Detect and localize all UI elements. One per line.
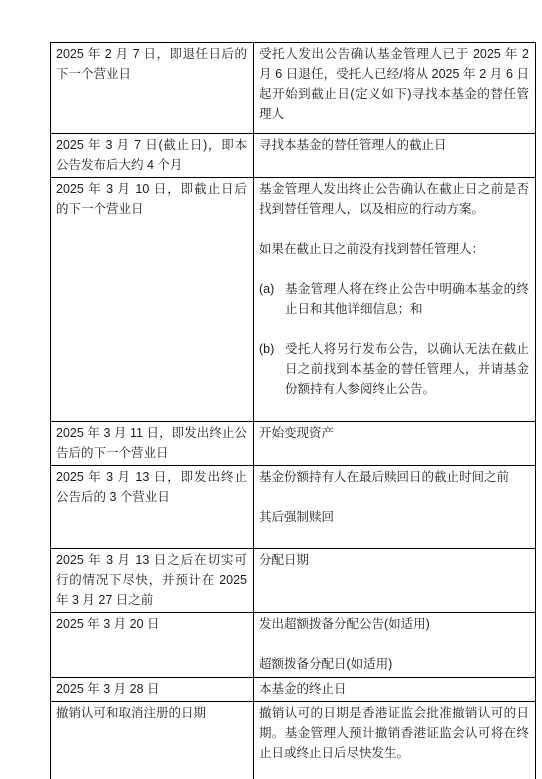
document-page: 2025 年 2 月 7 日，即退任日后的下一个营业日 受托人发出公告确认基金管… — [0, 0, 542, 779]
date-text: 撤销认可和取消注册的日期 — [56, 703, 247, 723]
event-paragraph: 其后强制赎回 — [259, 507, 529, 527]
table-row: 2025 年 3 月 28 日 本基金的终止日 — [51, 678, 536, 702]
list-marker: (a) — [259, 279, 285, 319]
event-cell: 撤销认可的日期是香港证监会批准撤销认可的日期。基金管理人预计撤销香港证监会认可将… — [254, 702, 536, 779]
event-cell: 分配日期 — [254, 549, 536, 613]
event-paragraph: 如果在截止日之前没有找到替任管理人： — [259, 239, 529, 259]
table-row: 2025 年 3 月 7 日(截止日)，即本公告发布后大约 4 个月 寻找本基金… — [51, 134, 536, 178]
event-paragraph: 分配日期 — [259, 550, 529, 570]
event-paragraph: 超额拨备分配日(如适用) — [259, 654, 529, 674]
date-cell: 2025 年 2 月 7 日，即退任日后的下一个营业日 — [51, 43, 254, 134]
event-cell: 寻找本基金的替任管理人的截止日 — [254, 134, 536, 178]
date-cell: 2025 年 3 月 11 日，即发出终止公告后的下一个营业日 — [51, 422, 254, 466]
event-paragraph: 基金份额持有人在最后赎回日的截止时间之前 — [259, 467, 529, 487]
list-item: (b) 受托人将另行发布公告，以确认无法在截止日之前找到本基金的替任管理人，并请… — [259, 339, 529, 399]
table-row: 2025 年 2 月 7 日，即退任日后的下一个营业日 受托人发出公告确认基金管… — [51, 43, 536, 134]
event-paragraph: 基金管理人发出终止公告确认在截止日之前是否找到替任管理人，以及相应的行动方案。 — [259, 179, 529, 219]
table-row: 2025 年 3 月 11 日，即发出终止公告后的下一个营业日 开始变现资产 — [51, 422, 536, 466]
list-marker: (b) — [259, 339, 285, 399]
table-row: 2025 年 3 月 13 日，即发出终止公告后的 3 个营业日 基金份额持有人… — [51, 466, 536, 549]
table-row: 2025 年 3 月 10 日，即截止日后的下一个营业日 基金管理人发出终止公告… — [51, 178, 536, 422]
date-text: 2025 年 2 月 7 日，即退任日后的下一个营业日 — [56, 44, 247, 84]
event-cell: 受托人发出公告确认基金管理人已于 2025 年 2 月 6 日退任，受托人已经/… — [254, 43, 536, 134]
date-text: 2025 年 3 月 13 日之后在切实可行的情况下尽快，并预计在 2025 年… — [56, 550, 247, 610]
date-cell: 2025 年 3 月 13 日之后在切实可行的情况下尽快，并预计在 2025 年… — [51, 549, 254, 613]
date-cell: 撤销认可和取消注册的日期 — [51, 702, 254, 779]
date-cell: 2025 年 3 月 20 日 — [51, 613, 254, 678]
date-cell: 2025 年 3 月 7 日(截止日)，即本公告发布后大约 4 个月 — [51, 134, 254, 178]
date-cell: 2025 年 3 月 10 日，即截止日后的下一个营业日 — [51, 178, 254, 422]
date-text: 2025 年 3 月 13 日，即发出终止公告后的 3 个营业日 — [56, 467, 247, 507]
event-paragraph: 撤销认可的日期是香港证监会批准撤销认可的日期。基金管理人预计撤销香港证监会认可将… — [259, 703, 529, 763]
event-cell: 发出超额拨备分配公告(如适用) 超额拨备分配日(如适用) — [254, 613, 536, 678]
date-text: 2025 年 3 月 20 日 — [56, 614, 247, 634]
event-paragraph: 发出超额拨备分配公告(如适用) — [259, 614, 529, 634]
table-row: 2025 年 3 月 13 日之后在切实可行的情况下尽快，并预计在 2025 年… — [51, 549, 536, 613]
event-paragraph: 开始变现资产 — [259, 423, 529, 443]
date-text: 2025 年 3 月 7 日(截止日)，即本公告发布后大约 4 个月 — [56, 135, 247, 175]
list-item-text: 基金管理人将在终止公告中明确本基金的终止日和其他详细信息；和 — [285, 279, 529, 319]
timeline-table: 2025 年 2 月 7 日，即退任日后的下一个营业日 受托人发出公告确认基金管… — [50, 42, 536, 779]
date-text: 2025 年 3 月 10 日，即截止日后的下一个营业日 — [56, 179, 247, 219]
event-cell: 本基金的终止日 — [254, 678, 536, 702]
date-cell: 2025 年 3 月 28 日 — [51, 678, 254, 702]
list-item: (a) 基金管理人将在终止公告中明确本基金的终止日和其他详细信息；和 — [259, 279, 529, 319]
event-cell: 基金管理人发出终止公告确认在截止日之前是否找到替任管理人，以及相应的行动方案。 … — [254, 178, 536, 422]
date-text: 2025 年 3 月 28 日 — [56, 679, 247, 699]
date-text: 2025 年 3 月 11 日，即发出终止公告后的下一个营业日 — [56, 423, 247, 463]
event-cell: 基金份额持有人在最后赎回日的截止时间之前 其后强制赎回 — [254, 466, 536, 549]
list-item-text: 受托人将另行发布公告，以确认无法在截止日之前找到本基金的替任管理人，并请基金份额… — [285, 339, 529, 399]
event-cell: 开始变现资产 — [254, 422, 536, 466]
event-paragraph: 本基金的终止日 — [259, 679, 529, 699]
event-paragraph: 受托人发出公告确认基金管理人已于 2025 年 2 月 6 日退任，受托人已经/… — [259, 44, 529, 124]
table-row: 2025 年 3 月 20 日 发出超额拨备分配公告(如适用) 超额拨备分配日(… — [51, 613, 536, 678]
table-row: 撤销认可和取消注册的日期 撤销认可的日期是香港证监会批准撤销认可的日期。基金管理… — [51, 702, 536, 779]
date-cell: 2025 年 3 月 13 日，即发出终止公告后的 3 个营业日 — [51, 466, 254, 549]
event-paragraph: 寻找本基金的替任管理人的截止日 — [259, 135, 529, 155]
